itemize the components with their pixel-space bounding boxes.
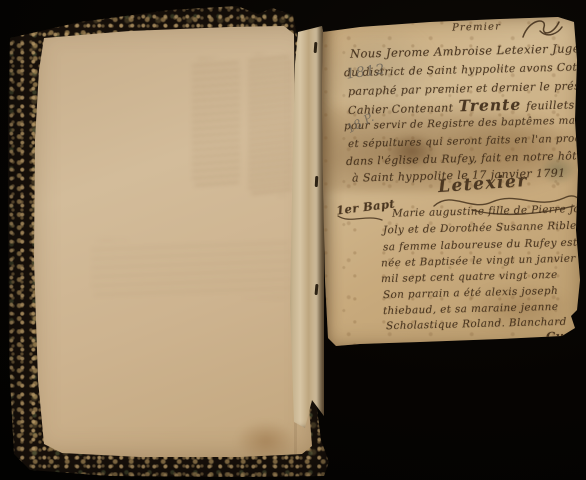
stitch-mark bbox=[315, 284, 319, 295]
stitch-mark bbox=[314, 42, 318, 53]
paraph-flourish bbox=[520, 15, 564, 43]
binding-stub bbox=[290, 24, 324, 428]
ink-bleedthrough-smudge bbox=[192, 58, 240, 188]
stitch-mark bbox=[315, 176, 319, 187]
manuscript-scan: Premier Nous Jerome Ambroise Letexier Ju… bbox=[0, 0, 586, 480]
ink-bleedthrough-smudge bbox=[92, 240, 292, 298]
ink-bleedthrough-smudge bbox=[248, 54, 292, 196]
folio-count-word: Trente bbox=[458, 95, 521, 116]
cure-signature: Curé bbox=[546, 329, 579, 344]
manuscript-page: Premier Nous Jerome Ambroise Letexier Ju… bbox=[320, 16, 582, 347]
pastedown-page bbox=[30, 22, 315, 458]
margin-note-flourish bbox=[336, 212, 384, 226]
folio-post: feuillets — bbox=[526, 98, 586, 113]
page-header-word: Premier bbox=[452, 21, 501, 33]
